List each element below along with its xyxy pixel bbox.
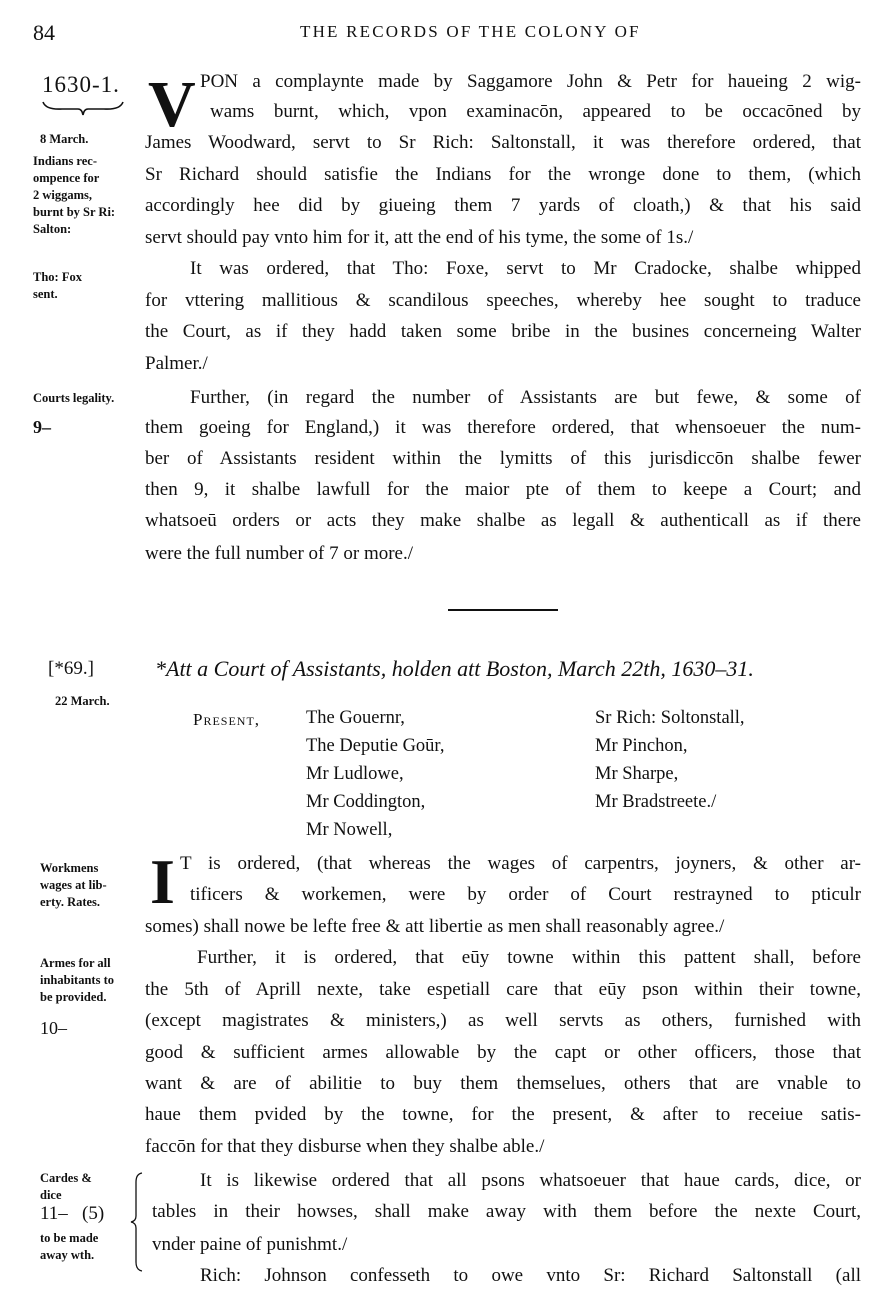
attendee: The Deputie Goūr, [306, 732, 444, 760]
drop-cap: I [150, 849, 175, 915]
margin-note-cardes: Cardes & dice [40, 1170, 92, 1204]
running-title: THE RECORDS OF THE COLONY OF [300, 22, 641, 42]
attendee: Mr Ludlowe, [306, 760, 444, 788]
margin-line: wages at lib- [40, 877, 107, 894]
margin-line: Armes for all [40, 955, 114, 972]
text-line: Sr Richard should satisfie the Indians f… [145, 162, 861, 188]
text-line: servt should pay vnto him for it, att th… [145, 225, 861, 251]
margin-line: Cardes & [40, 1170, 92, 1187]
text-line: were the full number of 7 or more./ [145, 541, 861, 567]
text-line: haue them pvided by the towne, for the p… [145, 1102, 861, 1128]
margin-line: 2 wiggams, [33, 187, 115, 204]
text-line: good & sufficient armes allowable by the… [145, 1040, 861, 1066]
present-list-col2: Sr Rich: Soltonstall, Mr Pinchon, Mr Sha… [595, 704, 745, 816]
text-line: ber of Assistants resident within the ly… [145, 446, 861, 472]
text-line: Rich: Johnson confesseth to owe vnto Sr:… [200, 1263, 861, 1289]
left-brace-icon [130, 1172, 144, 1272]
margin-note-workmens: Workmens wages at lib- erty. Rates. [40, 860, 107, 911]
margin-note-courts: Courts legality. [33, 390, 114, 407]
underbrace-icon [42, 100, 124, 116]
present-list-col1: The Gouernr, The Deputie Goūr, Mr Ludlow… [306, 704, 444, 844]
drop-cap: V [148, 72, 196, 138]
running-header: 84 THE RECORDS OF THE COLONY OF [0, 18, 879, 48]
text-line: vnder paine of punishmt./ [152, 1232, 868, 1258]
page-number: 84 [33, 20, 55, 46]
text-line: want & are of abilitie to buy them thems… [145, 1071, 861, 1097]
margin-number: 10– [40, 1018, 67, 1039]
text-line: Palmer./ [145, 351, 861, 377]
text-line: for vttering mallitious & scandilous spe… [145, 288, 861, 314]
margin-line: Workmens [40, 860, 107, 877]
text-line: T is ordered, (that whereas the wages of… [180, 851, 861, 877]
margin-note-away: to be made away wth. [40, 1230, 98, 1264]
margin-line: Indians rec- [33, 153, 115, 170]
attendee: The Gouernr, [306, 704, 444, 732]
year-label: 1630-1. [42, 72, 120, 98]
court-heading: *Att a Court of Assistants, holden att B… [155, 656, 754, 682]
text-line: them goeing for England,) it was therefo… [145, 415, 861, 441]
attendee: Mr Pinchon, [595, 732, 745, 760]
text-line: then 9, it shalbe lawfull for the maior … [145, 477, 861, 503]
text-line: whatsoeū orders or acts they make shalbe… [145, 508, 861, 534]
attendee: Mr Sharpe, [595, 760, 745, 788]
margin-line: dice [40, 1187, 92, 1204]
margin-line: burnt by Sr Ri: [33, 204, 115, 221]
text-line: faccōn for that they disburse when they … [145, 1134, 861, 1160]
margin-line: to be made [40, 1230, 98, 1247]
margin-note-indians: Indians rec- ompence for 2 wiggams, burn… [33, 153, 115, 238]
margin-line: ompence for [33, 170, 115, 187]
margin-note-fox: Tho: Fox sent. [33, 269, 82, 303]
margin-number: 11– (5) [40, 1203, 104, 1225]
margin-line: away wth. [40, 1247, 98, 1264]
attendee: Mr Nowell, [306, 816, 444, 844]
margin-line: inhabitants to [40, 972, 114, 989]
text-line: tables in their howses, shall make away … [152, 1199, 861, 1225]
text-line: Further, it is ordered, that eūy towne w… [197, 945, 861, 971]
margin-note-armes: Armes for all inhabitants to be provided… [40, 955, 114, 1006]
text-line: James Woodward, servt to Sr Rich: Salton… [145, 130, 861, 156]
text-line: the Court, as if they hadd taken some br… [145, 319, 861, 345]
text-line: PON a complaynte made by Saggamore John … [200, 69, 861, 95]
text-line: Further, (in regard the number of Assist… [190, 385, 861, 411]
text-line: the 5th of Aprill nexte, take espetiall … [145, 977, 861, 1003]
margin-line: Tho: Fox [33, 269, 82, 286]
present-label: Present, [193, 710, 260, 730]
margin-line: erty. Rates. [40, 894, 107, 911]
text-line: It is likewise ordered that all psons wh… [200, 1168, 861, 1194]
text-line: wams burnt, which, vpon examinacōn, appe… [210, 99, 861, 125]
section-divider [448, 609, 558, 611]
text-line: accordingly hee did by giueing them 7 ya… [145, 193, 861, 219]
attendee: Mr Bradstreete./ [595, 788, 745, 816]
margin-line: Salton: [33, 221, 115, 238]
attendee: Sr Rich: Soltonstall, [595, 704, 745, 732]
margin-line: be provided. [40, 989, 114, 1006]
page-reference: [*69.] [48, 658, 94, 680]
text-line: (except magistrates & ministers,) as wel… [145, 1008, 861, 1034]
margin-line: sent. [33, 286, 82, 303]
margin-number: 9– [33, 417, 51, 438]
margin-note-date: 22 March. [55, 693, 110, 710]
text-line: tificers & workemen, were by order of Co… [190, 882, 861, 908]
margin-note-date: 8 March. [40, 131, 88, 148]
text-line: somes) shall nowe be lefte free & att li… [145, 914, 861, 940]
attendee: Mr Coddington, [306, 788, 444, 816]
text-line: It was ordered, that Tho: Foxe, servt to… [190, 256, 861, 282]
